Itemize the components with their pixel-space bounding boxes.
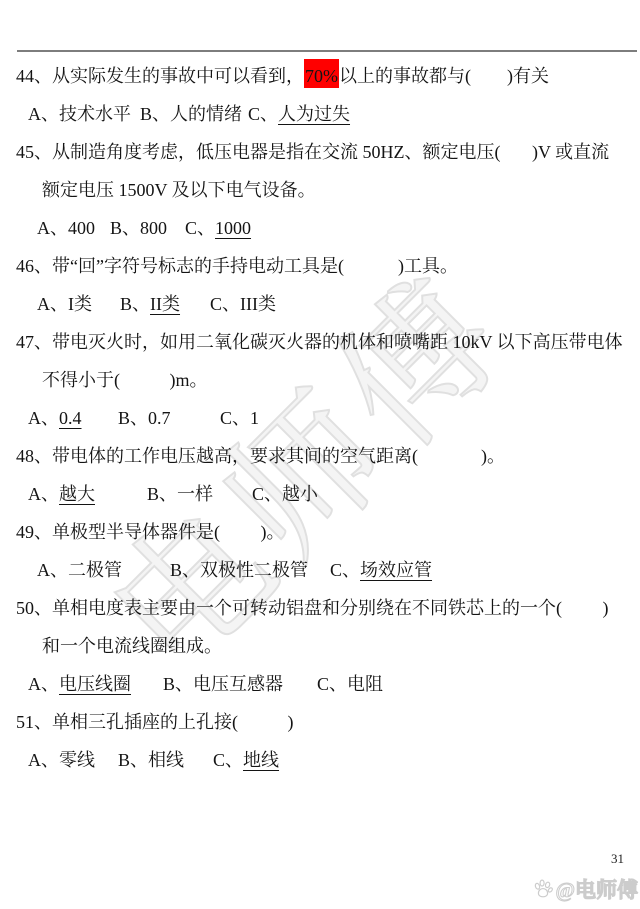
option-a-text-answer: 电压线圈 bbox=[59, 674, 131, 694]
question-50-stem-line2: 和一个电流线圈组成。 bbox=[0, 627, 640, 665]
option-b: B、相线 bbox=[118, 741, 213, 779]
option-b-text: 一样 bbox=[177, 484, 213, 504]
option-a: A、I类 bbox=[37, 285, 120, 323]
option-b-text: 电压互感器 bbox=[193, 674, 283, 694]
question-50-stem-line1: 50、单相电度表主要由一个可转动铝盘和分别绕在不同铁芯上的一个( ) bbox=[0, 589, 640, 627]
option-a: A、越大 bbox=[28, 475, 147, 513]
option-b-text: 相线 bbox=[148, 750, 184, 770]
option-c: C、越小 bbox=[252, 475, 318, 513]
footer-watermark-text: @电师傅 bbox=[555, 874, 638, 904]
option-a-text-answer: 0.4 bbox=[59, 408, 82, 428]
header-rule bbox=[17, 50, 637, 52]
option-b-label: B、 bbox=[147, 484, 177, 504]
option-a: A、技术水平 bbox=[28, 95, 140, 133]
option-c-label: C、 bbox=[213, 750, 243, 770]
option-c: C、地线 bbox=[213, 741, 279, 779]
option-c-text: 电阻 bbox=[347, 674, 383, 694]
question-51-options: A、零线 B、相线 C、地线 bbox=[0, 741, 640, 779]
option-b-label: B、 bbox=[170, 560, 200, 580]
question-49-options: A、二极管 B、双极性二极管 C、场效应管 bbox=[0, 551, 640, 589]
option-b: B、双极性二极管 bbox=[170, 551, 330, 589]
question-44-stem-prefix: 44、从实际发生的事故中可以看到， bbox=[16, 66, 304, 86]
question-49-stem: 49、单极型半导体器件是( )。 bbox=[0, 513, 640, 551]
question-44-stem-suffix: 以上的事故都与( )有关 bbox=[339, 66, 549, 86]
option-a: A、零线 bbox=[28, 741, 118, 779]
option-c: C、场效应管 bbox=[330, 551, 432, 589]
question-45-options: A、400 B、800 C、1000 bbox=[0, 209, 640, 247]
option-b: B、电压互感器 bbox=[163, 665, 317, 703]
option-c: C、人为过失 bbox=[248, 95, 350, 133]
option-b-text: 人的情绪 bbox=[170, 104, 242, 124]
question-46-stem: 46、带“回”字符号标志的手持电动工具是( )工具。 bbox=[0, 247, 640, 285]
option-c-label: C、 bbox=[185, 218, 215, 238]
question-45-stem-line2: 额定电压 1500V 及以下电气设备。 bbox=[0, 171, 640, 209]
option-a-text: I类 bbox=[68, 294, 92, 314]
option-a-label: A、 bbox=[37, 294, 68, 314]
question-50-options: A、电压线圈 B、电压互感器 C、电阻 bbox=[0, 665, 640, 703]
option-a-text: 技术水平 bbox=[59, 104, 131, 124]
option-c-label: C、 bbox=[252, 484, 282, 504]
option-c-label: C、 bbox=[220, 408, 250, 428]
option-c-text-answer: 场效应管 bbox=[360, 560, 432, 580]
option-a-label: A、 bbox=[28, 408, 59, 428]
question-47-options: A、0.4 B、0.7 C、1 bbox=[0, 399, 640, 437]
exam-page-content: 44、从实际发生的事故中可以看到，70%以上的事故都与( )有关 A、技术水平 … bbox=[0, 57, 640, 779]
option-c: C、1000 bbox=[185, 209, 251, 247]
question-51-stem: 51、单相三孔插座的上孔接( ) bbox=[0, 703, 640, 741]
option-a: A、二极管 bbox=[37, 551, 170, 589]
question-47-stem-line1: 47、带电灭火时，如用二氧化碳灭火器的机体和喷嘴距 10kV 以下高压带电体 bbox=[0, 323, 640, 361]
option-c-label: C、 bbox=[210, 294, 240, 314]
question-48-stem: 48、带电体的工作电压越高，要求其间的空气距离( )。 bbox=[0, 437, 640, 475]
option-c: C、III类 bbox=[210, 285, 276, 323]
option-a-label: A、 bbox=[28, 750, 59, 770]
option-a-label: A、 bbox=[28, 674, 59, 694]
option-a-text: 400 bbox=[68, 218, 95, 238]
baidu-paw-icon bbox=[532, 878, 554, 900]
option-b-label: B、 bbox=[140, 104, 170, 124]
option-b-label: B、 bbox=[118, 750, 148, 770]
option-b-text: 800 bbox=[140, 218, 167, 238]
option-b-label: B、 bbox=[118, 408, 148, 428]
option-c-text: III类 bbox=[240, 294, 276, 314]
option-a-label: A、 bbox=[28, 104, 59, 124]
option-a-label: A、 bbox=[37, 218, 68, 238]
option-c-label: C、 bbox=[317, 674, 347, 694]
option-a-label: A、 bbox=[28, 484, 59, 504]
option-c-text: 越小 bbox=[282, 484, 318, 504]
question-44-options: A、技术水平 B、人的情绪 C、人为过失 bbox=[0, 95, 640, 133]
footer-watermark: @电师傅 bbox=[532, 874, 638, 904]
option-b: B、800 bbox=[110, 209, 185, 247]
question-46-options: A、I类 B、II类 C、III类 bbox=[0, 285, 640, 323]
question-48-options: A、越大 B、一样 C、越小 bbox=[0, 475, 640, 513]
option-c-text: 1 bbox=[250, 408, 259, 428]
question-45-stem-line1: 45、从制造角度考虑，低压电器是指在交流 50HZ、额定电压( )V 或直流 bbox=[0, 133, 640, 171]
option-a: A、0.4 bbox=[28, 399, 118, 437]
option-a: A、电压线圈 bbox=[28, 665, 163, 703]
question-44-stem: 44、从实际发生的事故中可以看到，70%以上的事故都与( )有关 bbox=[0, 57, 640, 95]
option-c-text-answer: 地线 bbox=[243, 750, 279, 770]
option-b-text: 0.7 bbox=[148, 408, 171, 428]
option-b: B、II类 bbox=[120, 285, 210, 323]
question-47-stem-line2: 不得小于( )m。 bbox=[0, 361, 640, 399]
option-c-text-answer: 人为过失 bbox=[278, 104, 350, 124]
option-a-label: A、 bbox=[37, 560, 68, 580]
option-c-label: C、 bbox=[248, 104, 278, 124]
option-b: B、人的情绪 bbox=[140, 95, 248, 133]
highlight-70-percent: 70% bbox=[304, 59, 339, 88]
page-number: 31 bbox=[611, 851, 624, 867]
option-a-text: 二极管 bbox=[68, 560, 122, 580]
option-a: A、400 bbox=[37, 209, 110, 247]
option-a-text-answer: 越大 bbox=[59, 484, 95, 504]
option-a-text: 零线 bbox=[59, 750, 95, 770]
option-c-text-answer: 1000 bbox=[215, 218, 251, 238]
option-c-label: C、 bbox=[330, 560, 360, 580]
option-c: C、1 bbox=[220, 399, 259, 437]
option-b: B、一样 bbox=[147, 475, 252, 513]
option-b-text: 双极性二极管 bbox=[200, 560, 308, 580]
option-b-label: B、 bbox=[120, 294, 150, 314]
option-c: C、电阻 bbox=[317, 665, 383, 703]
option-b-text-answer: II类 bbox=[150, 294, 180, 314]
option-b-label: B、 bbox=[163, 674, 193, 694]
option-b-label: B、 bbox=[110, 218, 140, 238]
option-b: B、0.7 bbox=[118, 399, 220, 437]
